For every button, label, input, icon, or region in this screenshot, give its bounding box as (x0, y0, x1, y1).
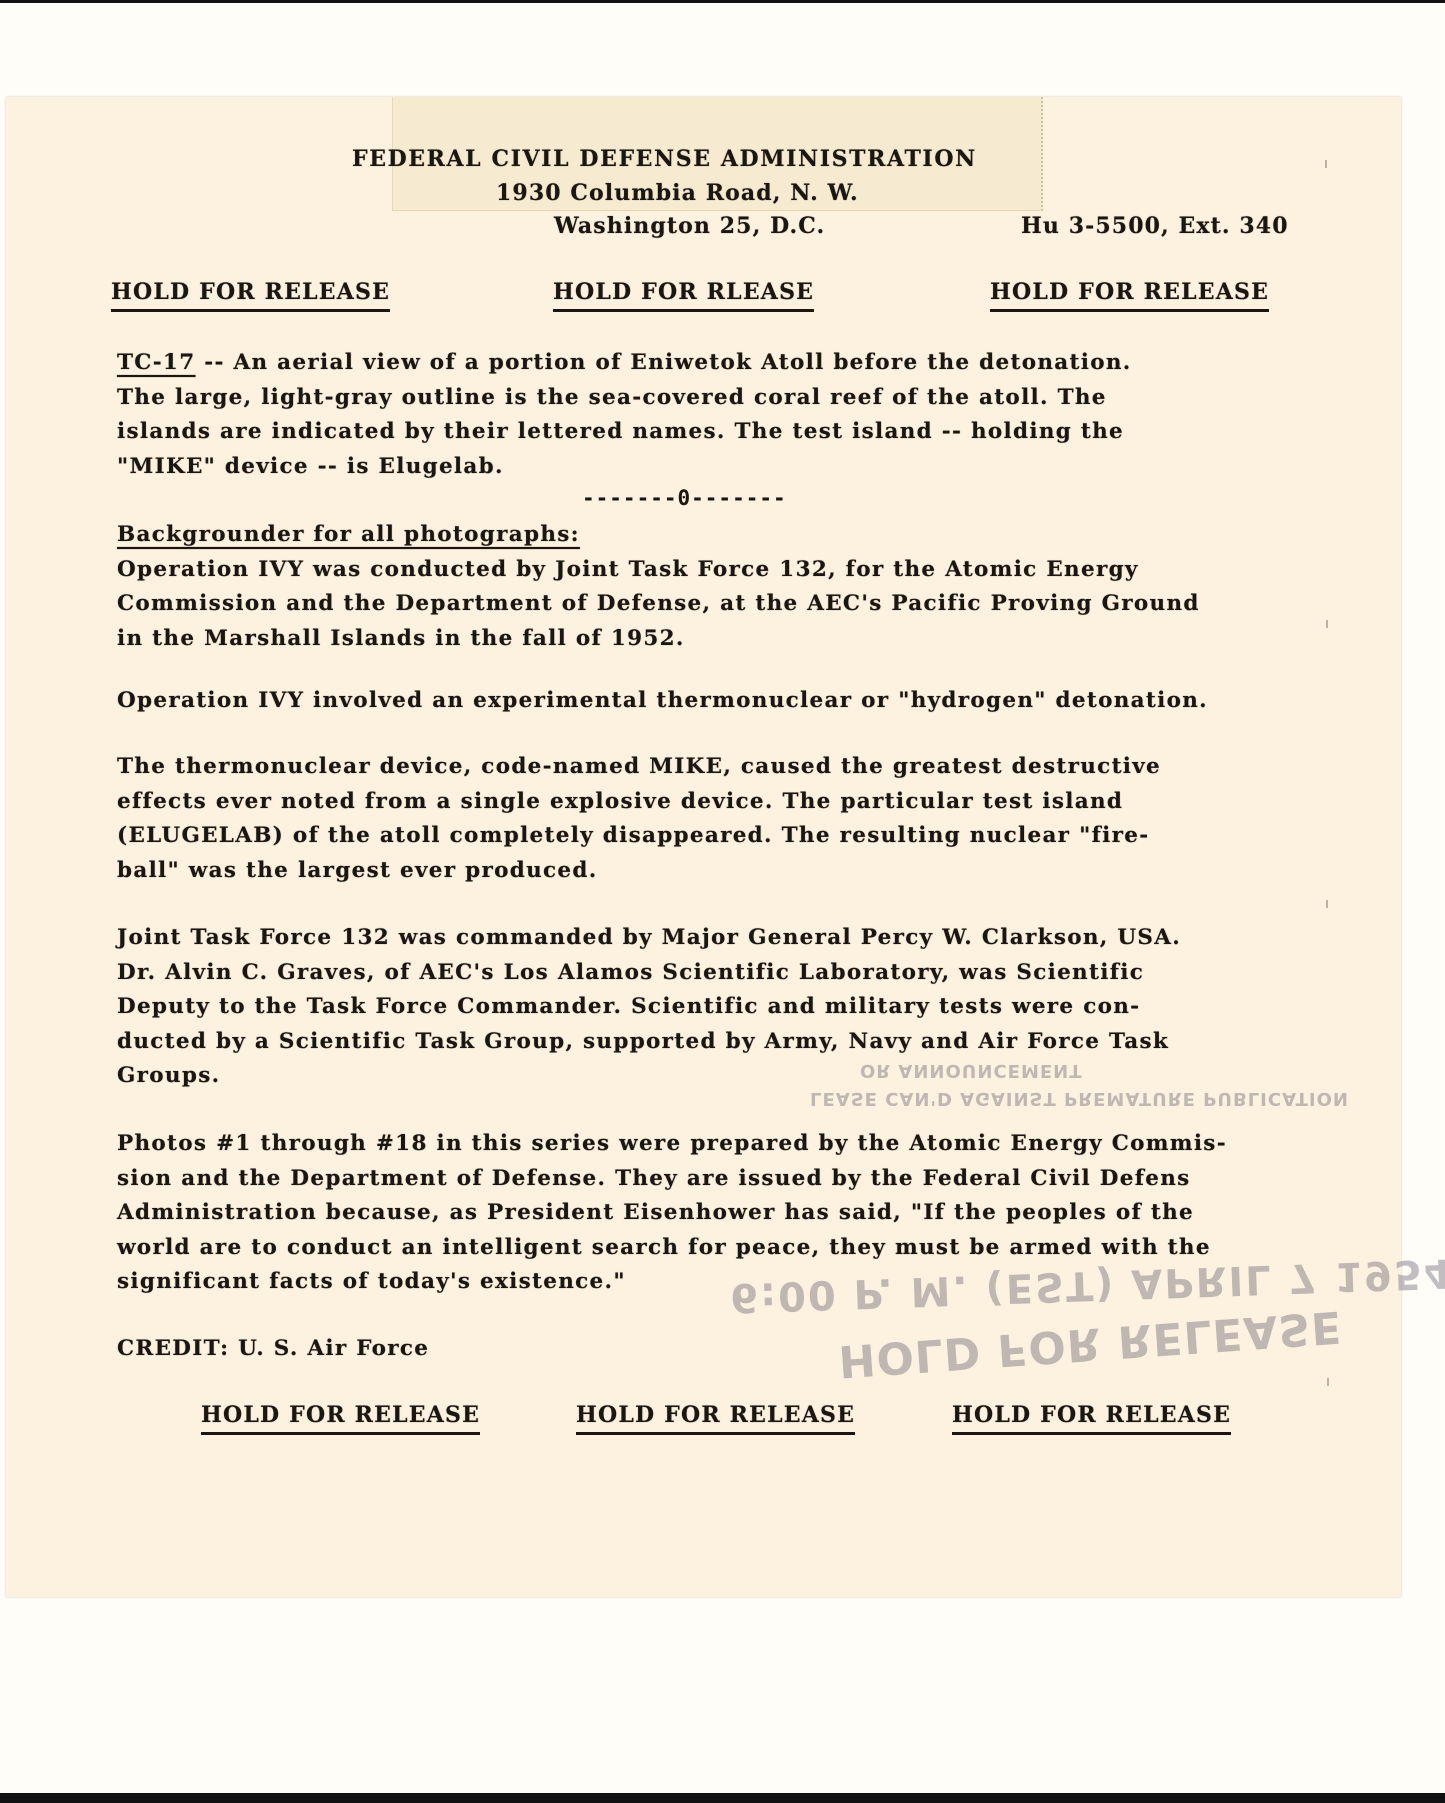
paragraph-3-line-2: effects ever noted from a single explosi… (117, 785, 1347, 820)
release-notice-bottom-2: HOLD FOR RELEASE (576, 1402, 855, 1435)
scan-speck (1326, 620, 1328, 628)
release-notice-top-1: HOLD FOR RELEASE (111, 279, 390, 312)
paragraph-4-line-3: Deputy to the Task Force Commander. Scie… (117, 990, 1347, 1025)
caption-line-1: TC-17 -- An aerial view of a portion of … (117, 346, 1347, 381)
backgrounder-section: Backgrounder for all photographs: Operat… (117, 518, 1347, 656)
paragraph-5-line-3: Administration because, as President Eis… (117, 1196, 1347, 1231)
scan-speck (1326, 900, 1328, 908)
scan-speck (1327, 1378, 1329, 1386)
caption-line-3: islands are indicated by their lettered … (117, 415, 1347, 450)
paragraph-5-line-2: sion and the Department of Defense. They… (117, 1162, 1347, 1197)
paragraph-5-line-1: Photos #1 through #18 in this series wer… (117, 1127, 1347, 1162)
paragraph-1-line-2: Commission and the Department of Defense… (117, 587, 1347, 622)
caption-line-2: The large, light-gray outline is the sea… (117, 381, 1347, 416)
paragraph-1-line-1: Operation IVY was conducted by Joint Tas… (117, 553, 1347, 588)
address-line-1: 1930 Columbia Road, N. W. (496, 180, 859, 206)
agency-name: FEDERAL CIVIL DEFENSE ADMINISTRATION (352, 146, 977, 172)
stamp-line-1: OR ANNOUNCEMENT (860, 1060, 1083, 1081)
paragraph-2-line-1: Operation IVY involved an experimental t… (117, 684, 1347, 719)
release-notice-bottom-3: HOLD FOR RELEASE (952, 1402, 1231, 1435)
caption-line-4: "MIKE" device -- is Elugelab. (117, 450, 1347, 485)
address-line-2: Washington 25, D.C. (554, 213, 825, 239)
backgrounder-heading: Backgrounder for all photographs: (117, 518, 1347, 553)
release-notice-bottom-1: HOLD FOR RELEASE (201, 1402, 480, 1435)
release-notice-top-2: HOLD FOR RLEASE (553, 279, 814, 312)
paragraph-2: Operation IVY involved an experimental t… (117, 684, 1347, 719)
paragraph-3: The thermonuclear device, code-named MIK… (117, 750, 1347, 888)
scan-bottom-edge (0, 1793, 1445, 1803)
paragraph-4-line-4: ducted by a Scientific Task Group, suppo… (117, 1025, 1347, 1060)
paragraph-3-line-3: (ELUGELAB) of the atoll completely disap… (117, 819, 1347, 854)
paragraph-4: Joint Task Force 132 was commanded by Ma… (117, 921, 1347, 1094)
scan-top-edge (0, 0, 1445, 3)
photo-caption: TC-17 -- An aerial view of a portion of … (117, 346, 1347, 484)
section-divider: -------0------- (582, 486, 787, 510)
paragraph-4-line-1: Joint Task Force 132 was commanded by Ma… (117, 921, 1347, 956)
paragraph-1-line-3: in the Marshall Islands in the fall of 1… (117, 622, 1347, 657)
paragraph-4-line-2: Dr. Alvin C. Graves, of AEC's Los Alamos… (117, 956, 1347, 991)
paragraph-3-line-4: ball" was the largest ever produced. (117, 854, 1347, 889)
stamp-line-2: LEASE CAN'D AGAINST PREMATURE PUBLICATIO… (810, 1088, 1349, 1109)
photo-id: TC-17 (117, 350, 195, 375)
credit-line: CREDIT: U. S. Air Force (117, 1332, 1347, 1367)
scan-speck (1325, 160, 1327, 168)
phone-number: Hu 3-5500, Ext. 340 (1021, 213, 1289, 239)
paragraph-3-line-1: The thermonuclear device, code-named MIK… (117, 750, 1347, 785)
release-notice-top-3: HOLD FOR RELEASE (990, 279, 1269, 312)
